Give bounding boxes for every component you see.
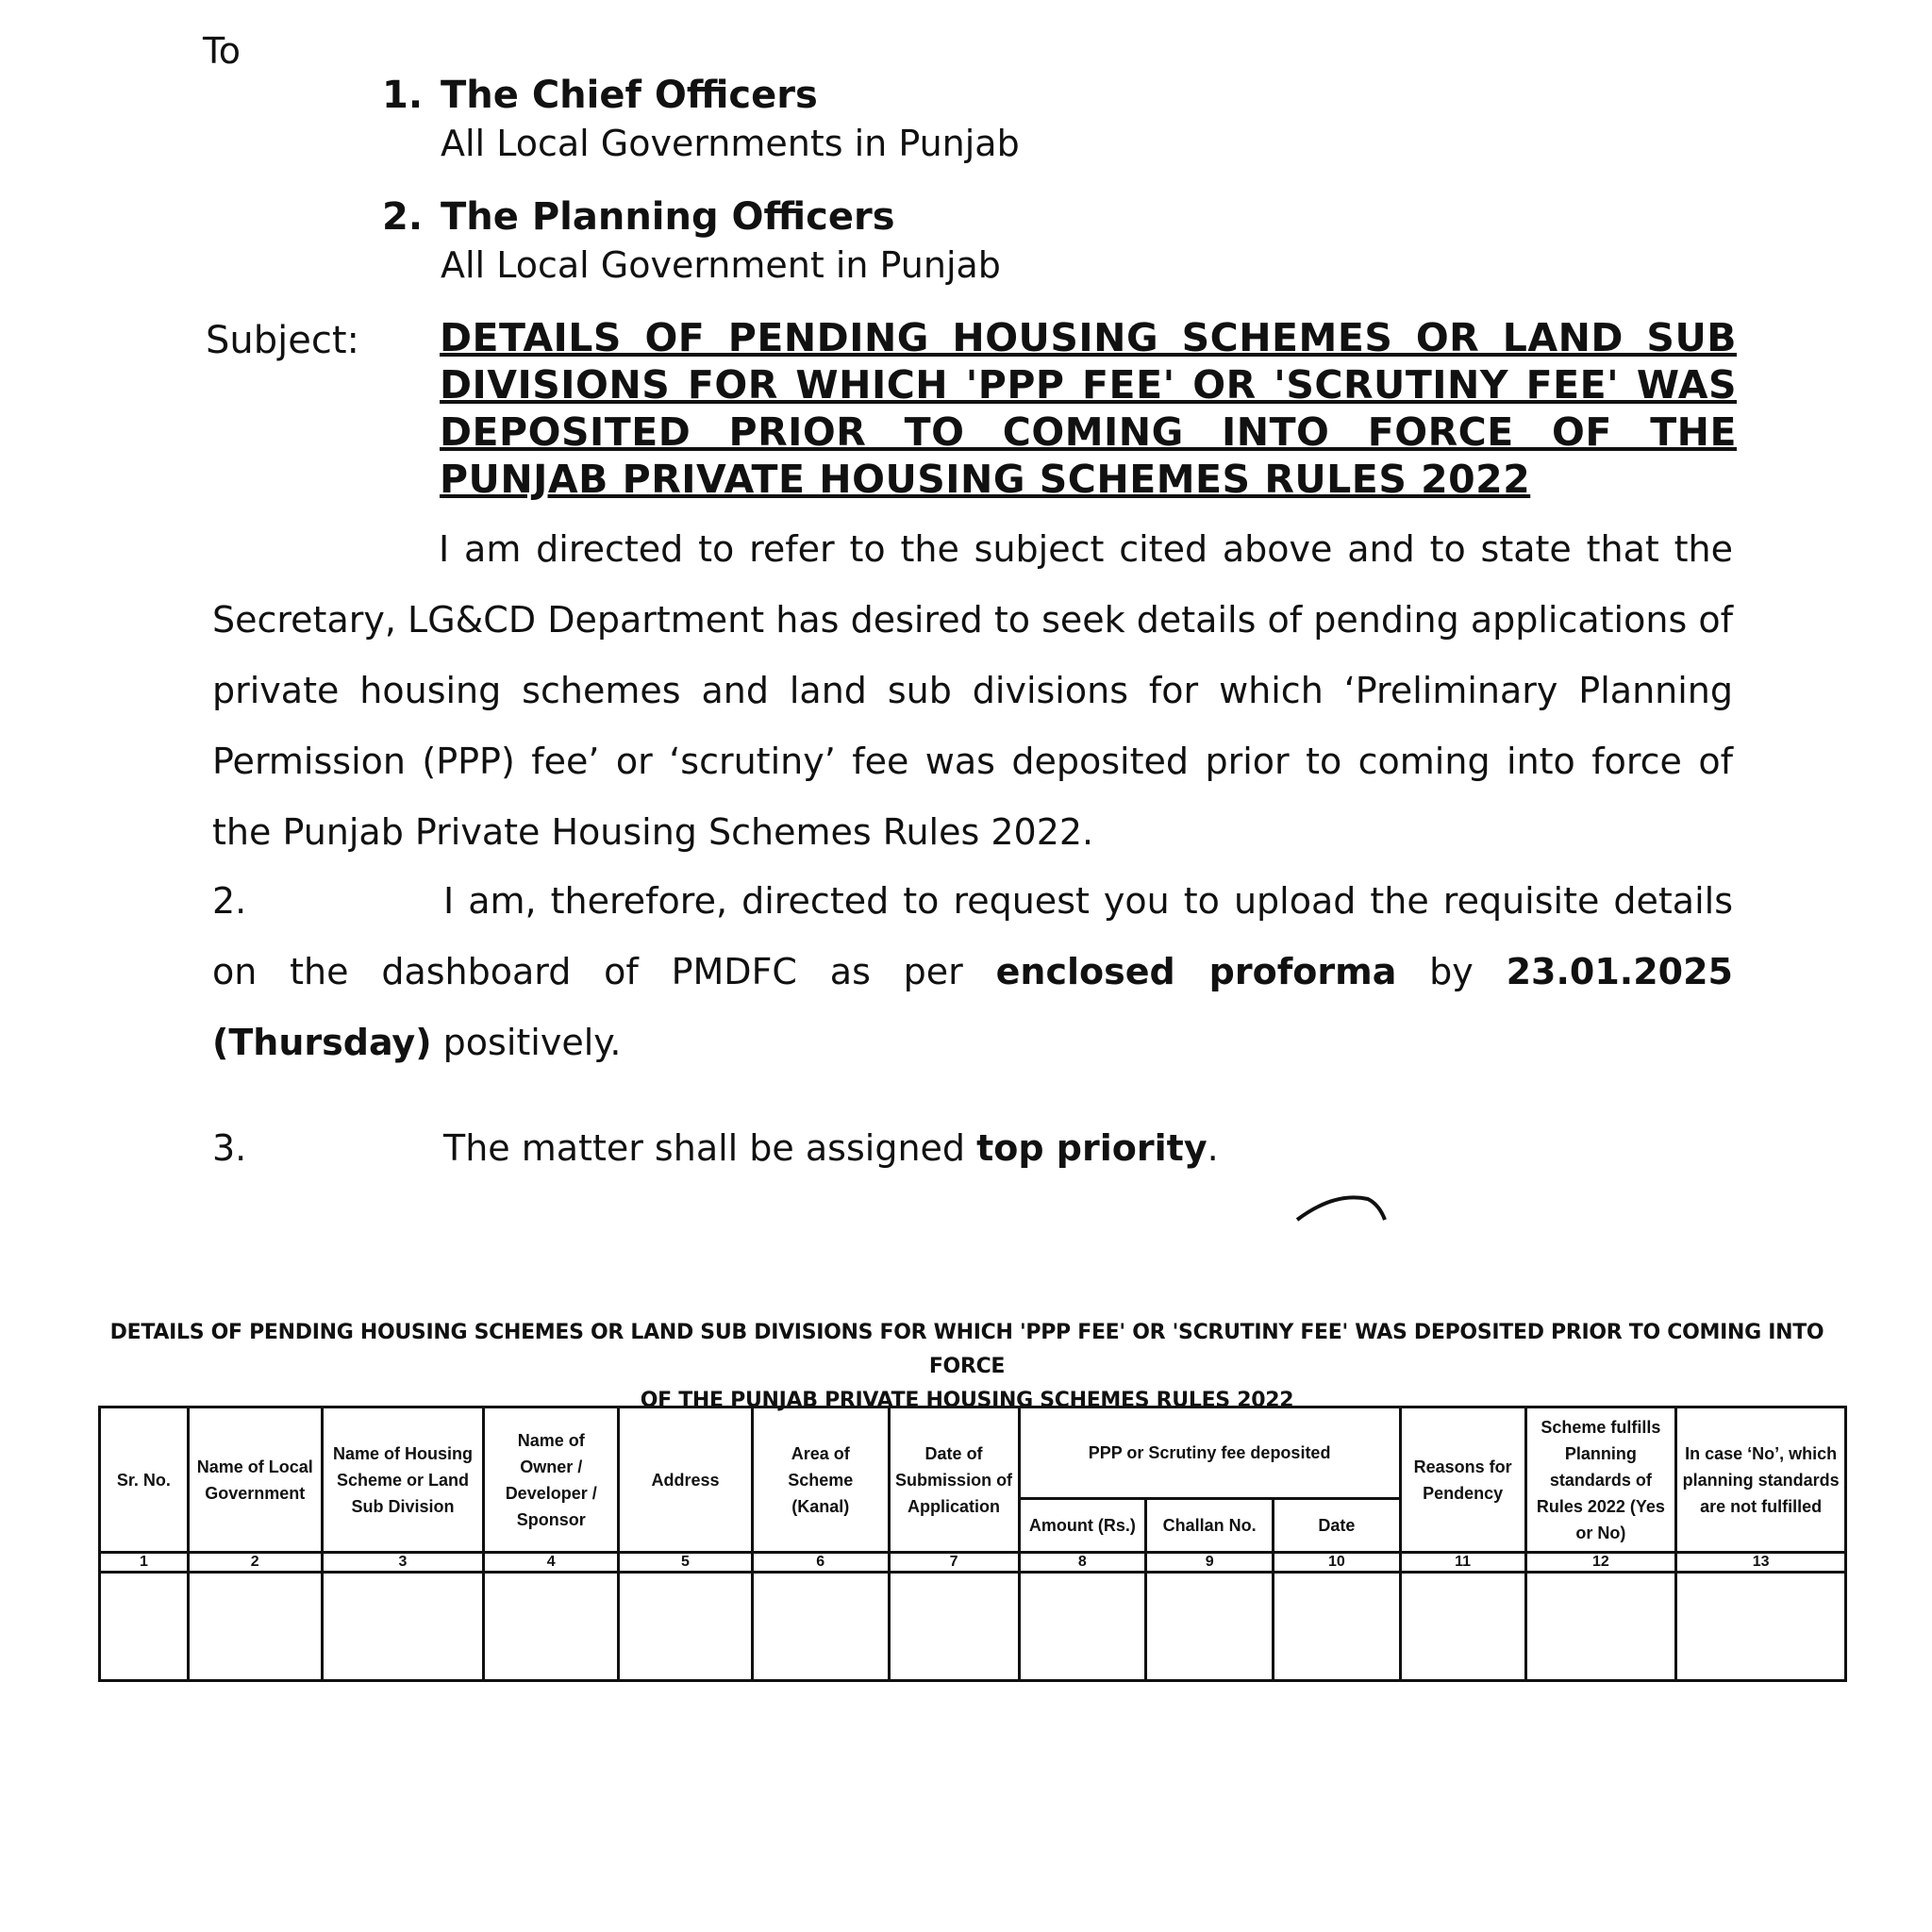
column-number: 1 [100,1553,189,1573]
table-cell[interactable] [322,1573,484,1681]
subject-label: Subject: [206,319,359,362]
table-cell[interactable] [752,1573,889,1681]
table-cell[interactable] [1525,1573,1676,1681]
header-fee-date: Date [1274,1499,1401,1553]
signature-stroke [1292,1193,1406,1222]
header-local-government: Name of Local Government [188,1407,322,1553]
header-address: Address [619,1407,753,1553]
paragraph-text: by [1396,951,1506,992]
table-cell[interactable] [1400,1573,1525,1681]
column-number: 8 [1019,1553,1146,1573]
column-number: 13 [1676,1553,1846,1573]
column-number: 5 [619,1553,753,1573]
proforma-table: Sr. No. Name of Local Government Name of… [98,1406,1847,1682]
header-area: Area of Scheme (Kanal) [752,1407,889,1553]
header-fulfils: Scheme fulfills Planning standards of Ru… [1525,1407,1676,1553]
column-number: 11 [1400,1553,1525,1573]
header-submission-date: Date of Submission of Application [889,1407,1019,1553]
column-number-row: 12345678910111213 [100,1553,1846,1573]
enclosed-proforma-text: enclosed proforma [996,951,1397,992]
table-cell[interactable] [1019,1573,1146,1681]
column-number: 2 [188,1553,322,1573]
column-number: 12 [1525,1553,1676,1573]
table-cell[interactable] [889,1573,1019,1681]
table-cell[interactable] [1146,1573,1274,1681]
header-sr-no: Sr. No. [100,1407,189,1553]
table-cell[interactable] [1274,1573,1401,1681]
paragraph-text: positively. [432,1022,622,1063]
addressee-2: 2.The Planning Officers All Local Govern… [382,195,1001,286]
table-cell[interactable] [1676,1573,1846,1681]
addressee-number: 1. [382,74,441,117]
header-fee-group: PPP or Scrutiny fee deposited [1019,1407,1400,1499]
subject-text: DETAILS OF PENDING HOUSING SCHEMES OR LA… [440,314,1737,503]
column-number: 10 [1274,1553,1401,1573]
header-reasons: Reasons for Pendency [1400,1407,1525,1553]
paragraph-2: 2.I am, therefore, directed to request y… [212,866,1733,1078]
column-number: 3 [322,1553,484,1573]
column-number: 4 [484,1553,619,1573]
table-cell[interactable] [484,1573,619,1681]
addressee-subtitle: All Local Government in Punjab [441,244,1001,286]
header-owner: Name of Owner / Developer / Sponsor [484,1407,619,1553]
header-not-fulfilled: In case ‘No’, which planning standards a… [1676,1407,1846,1553]
proforma-title: DETAILS OF PENDING HOUSING SCHEMES OR LA… [99,1316,1835,1418]
paragraph-number: 2. [212,866,443,937]
header-amount: Amount (Rs.) [1019,1499,1146,1553]
header-challan: Challan No. [1146,1499,1274,1553]
table-cell[interactable] [100,1573,189,1681]
addressee-number: 2. [382,195,441,239]
paragraph-1: I am directed to refer to the subject ci… [212,514,1733,868]
table-cell[interactable] [188,1573,322,1681]
column-number: 9 [1146,1553,1274,1573]
paragraph-text: The matter shall be assigned [443,1127,976,1169]
table-row [100,1573,1846,1681]
addressee-1: 1.The Chief Officers All Local Governmen… [382,74,1020,164]
paragraph-text: . [1207,1127,1219,1169]
addressee-title: The Planning Officers [441,195,895,239]
to-label: To [203,30,241,72]
proforma-title-line-1: DETAILS OF PENDING HOUSING SCHEMES OR LA… [99,1316,1835,1384]
priority-text: top priority [976,1127,1207,1169]
table-cell[interactable] [619,1573,753,1681]
addressee-title: The Chief Officers [441,74,818,117]
addressee-subtitle: All Local Governments in Punjab [441,123,1020,164]
column-number: 6 [752,1553,889,1573]
header-scheme-name: Name of Housing Scheme or Land Sub Divis… [322,1407,484,1553]
column-number: 7 [889,1553,1019,1573]
paragraph-3: 3.The matter shall be assigned top prior… [212,1113,1733,1184]
paragraph-number: 3. [212,1113,443,1184]
